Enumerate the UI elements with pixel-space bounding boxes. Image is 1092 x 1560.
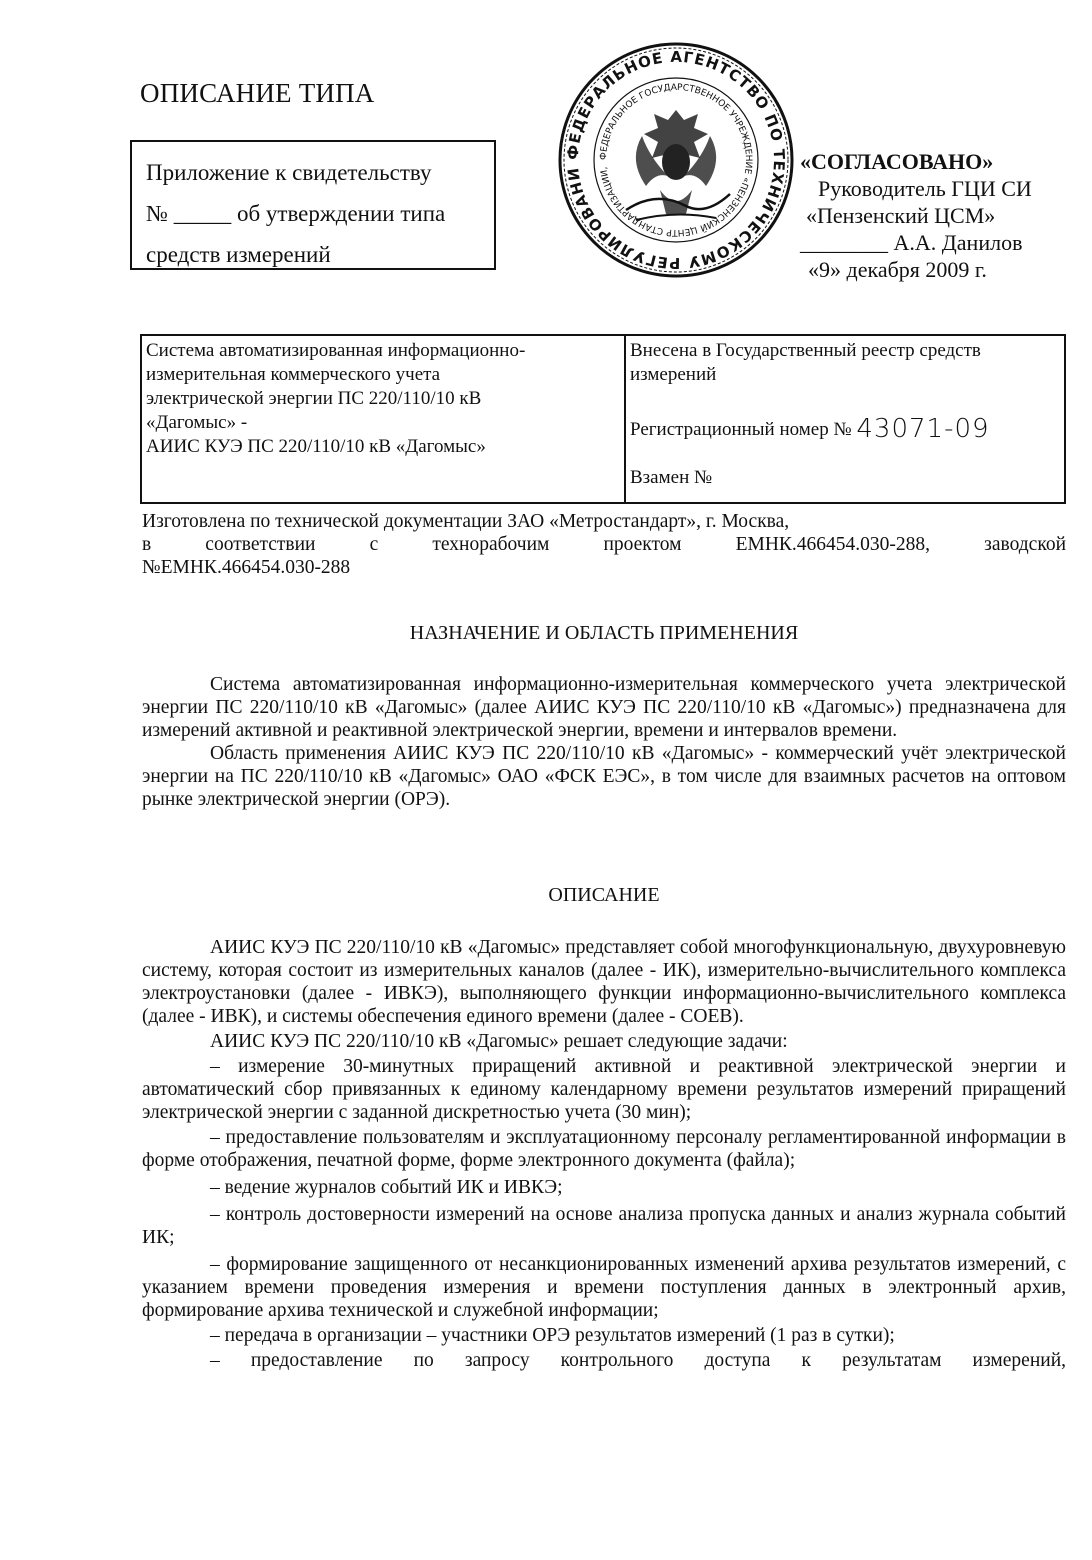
approval-block: «СОГЛАСОВАНО» Руководитель ГЦИ СИ «Пензе… [770, 148, 1032, 283]
list-item: – формирование защищенного от несанкцион… [142, 1253, 1066, 1322]
system-name-line: Система автоматизированная информационно… [146, 339, 620, 363]
registration-number-row: Регистрационный номер № 43071-09 [630, 417, 1060, 442]
approval-signatory: ________ А.А. Данилов [800, 229, 1032, 256]
system-name-line: «Дагомыс» - [146, 411, 620, 435]
list-item: – измерение 30-минутных приращений актив… [142, 1055, 1066, 1124]
section-heading-purpose: НАЗНАЧЕНИЕ И ОБЛАСТЬ ПРИМЕНЕНИЯ [142, 622, 1066, 645]
registry-info-cell: Внесена в Государственный реестр средств… [626, 336, 1064, 502]
official-seal-stamp-icon: ФЕДЕРАЛЬНОЕ АГЕНТСТВО ПО ТЕХНИЧЕСКОМУ РЕ… [556, 40, 796, 280]
approval-heading: «СОГЛАСОВАНО» [800, 148, 1032, 175]
system-name-line: электрической энергии ПС 220/110/10 кВ [146, 387, 620, 411]
manufacture-info: Изготовлена по технической документации … [142, 510, 1066, 579]
list-item: – ведение журналов событий ИК и ИВКЭ; [142, 1176, 1066, 1199]
section-heading-description: ОПИСАНИЕ [142, 884, 1066, 907]
paragraph: АИИС КУЭ ПС 220/110/10 кВ «Дагомыс» пред… [142, 936, 1066, 1028]
paragraph: Система автоматизированная информационно… [142, 673, 1066, 742]
approval-position: Руководитель ГЦИ СИ [818, 175, 1032, 202]
paragraph: Область применения АИИС КУЭ ПС 220/110/1… [142, 742, 1066, 811]
list-item: – предоставление по запросу контрольного… [142, 1349, 1066, 1372]
system-name-line: измерительная коммерческого учета [146, 363, 620, 387]
paragraph: АИИС КУЭ ПС 220/110/10 кВ «Дагомыс» реша… [142, 1030, 1066, 1053]
registry-entry-line: Внесена в Государственный реестр средств [630, 339, 1060, 363]
manufacture-line: Изготовлена по технической документации … [142, 510, 1066, 533]
section-purpose-body: Система автоматизированная информационно… [142, 673, 1066, 811]
manufacture-line: №ЕМНК.466454.030-288 [142, 556, 1066, 579]
document-title: ОПИСАНИЕ ТИПА [140, 78, 375, 109]
approval-date: «9» декабря 2009 г. [808, 256, 1032, 283]
list-item: – передача в организации – участники ОРЭ… [142, 1324, 1066, 1347]
section-description-body: АИИС КУЭ ПС 220/110/10 кВ «Дагомыс» пред… [142, 936, 1066, 1372]
list-item: – контроль достоверности измерений на ос… [142, 1203, 1066, 1249]
replaces-label: Взамен № [630, 466, 1060, 490]
list-item: – предоставление пользователям и эксплуа… [142, 1126, 1066, 1172]
registration-table: Система автоматизированная информационно… [140, 334, 1066, 504]
appendix-line-2: № _____ об утверждении типа [146, 193, 494, 234]
registry-entry-line: измерений [630, 363, 1060, 387]
system-name-cell: Система автоматизированная информационно… [142, 336, 626, 502]
appendix-line-1: Приложение к свидетельству [146, 152, 494, 193]
manufacture-line: в соответствии с технорабочим проектом Е… [142, 533, 1066, 556]
registration-number-value: 43071-09 [856, 414, 989, 444]
registration-number-label: Регистрационный номер № [630, 419, 852, 440]
appendix-line-3: средств измерений [146, 234, 494, 275]
approval-organization: «Пензенский ЦСМ» [806, 202, 1032, 229]
appendix-box: Приложение к свидетельству № _____ об ут… [130, 140, 496, 270]
system-name-line: АИИС КУЭ ПС 220/110/10 кВ «Дагомыс» [146, 435, 620, 459]
